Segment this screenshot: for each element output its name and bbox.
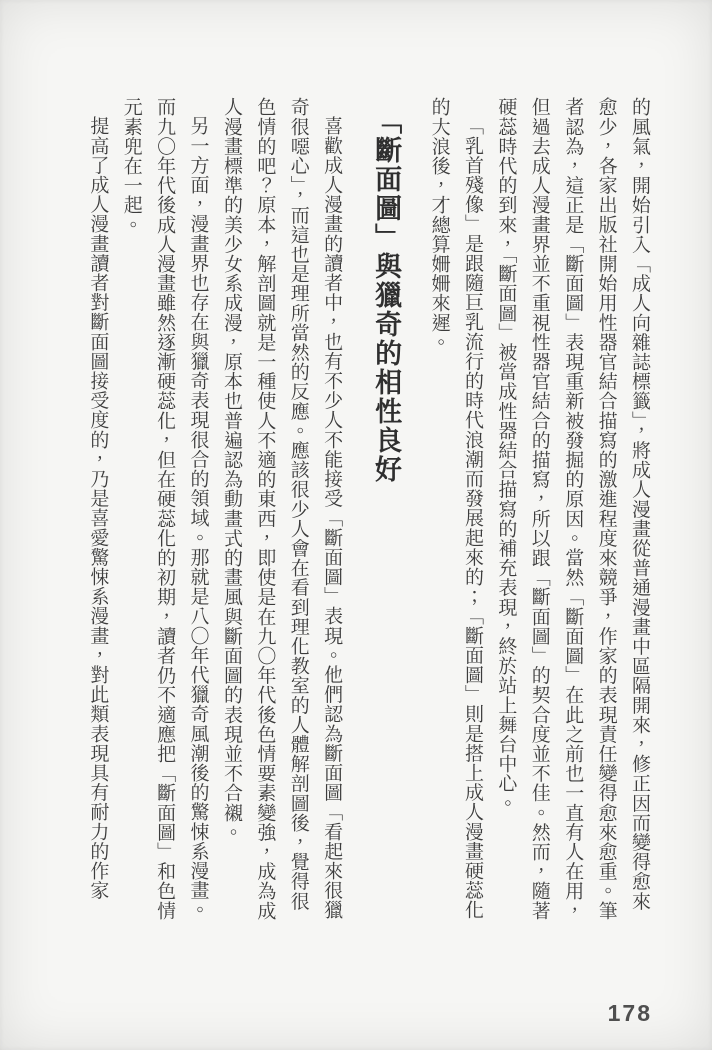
paragraph-acceptance: 提高了成人漫畫讀者對斷面圖接受度的，乃是喜愛驚悚系漫畫，對此類表現具有耐力的作家 (81, 97, 114, 921)
article-body: 的風氣，開始引入「成人向雜誌標籤」，將成人漫畫從普通漫畫中區隔開來，修正因而變得… (81, 97, 656, 921)
page-number: 178 (608, 1000, 652, 1027)
paragraph-guro-genre: 另一方面，漫畫界也存在與獵奇表現很合的領域。那就是八〇年代獵奇風潮後的驚悚系漫畫… (114, 97, 214, 921)
paragraph-reader-reaction: 喜歡成人漫畫的讀者中，也有不少人不能接受「斷面圖」表現。他們認為斷面圖「看起來很… (215, 97, 349, 921)
paragraph-nipple-afterimage: 「乳首殘像」是跟隨巨乳流行的時代浪潮而發展起來的；「斷面圖」則是搭上成人漫畫硬蕊… (422, 97, 489, 921)
section-heading: 「斷面圖」與獵奇的相性良好 (364, 97, 408, 921)
book-page: 的風氣，開始引入「成人向雜誌標籤」，將成人漫畫從普通漫畫中區隔開來，修正因而變得… (0, 0, 712, 1050)
paragraph-continuation: 的風氣，開始引入「成人向雜誌標籤」，將成人漫畫從普通漫畫中區隔開來，修正因而變得… (489, 97, 656, 921)
